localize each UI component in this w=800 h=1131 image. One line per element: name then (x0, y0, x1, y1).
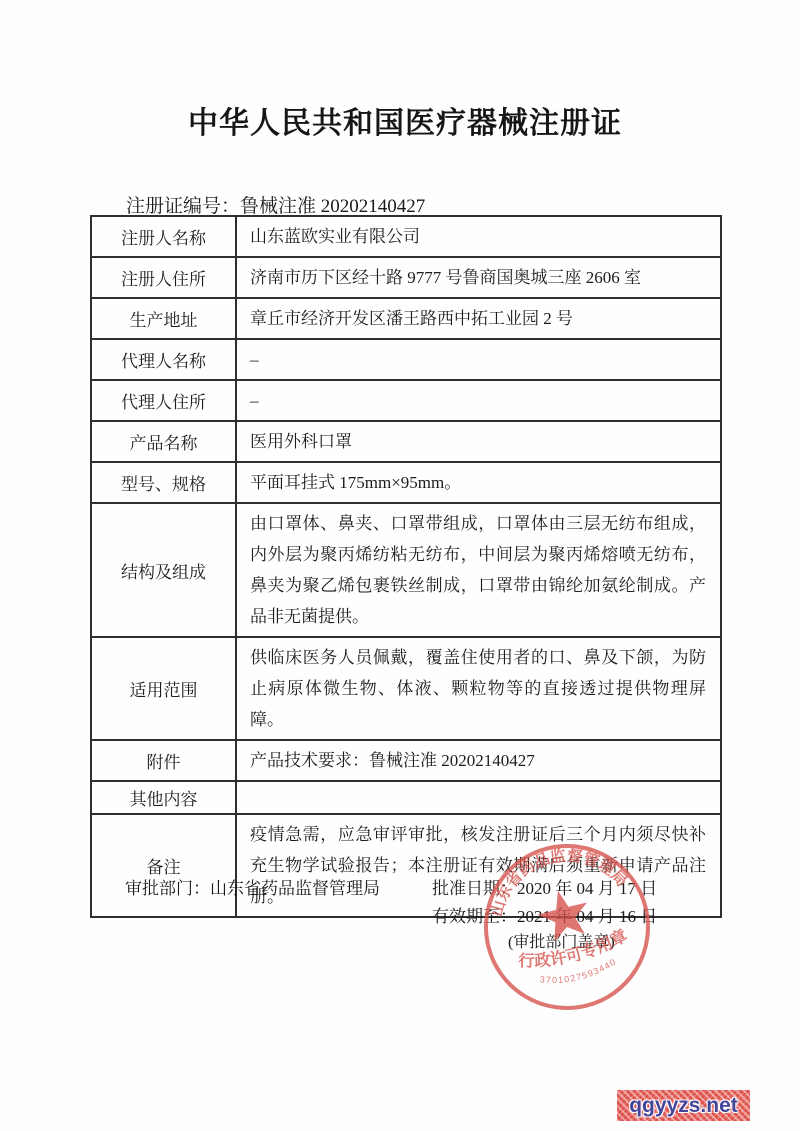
row-label: 代理人名称 (91, 339, 236, 380)
certificate-page: 中华人民共和国医疗器械注册证 注册证编号：鲁械注准 20202140427 注册… (0, 0, 800, 1131)
row-value: 济南市历下区经十路 9777 号鲁商国奥城三座 2606 室 (236, 257, 721, 298)
approval-date: 批准日期：2020 年 04 月 17 日 (432, 874, 657, 899)
row-value: – (236, 380, 721, 421)
row-label: 代理人住所 (91, 380, 236, 421)
cert-number-value: 鲁械注准 20202140427 (240, 196, 425, 217)
row-value (236, 781, 721, 814)
row-label: 注册人住所 (91, 257, 236, 298)
row-value: 章丘市经济开发区潘王路西中拓工业园 2 号 (236, 298, 721, 339)
row-value: 由口罩体、鼻夹、口罩带组成，口罩体由三层无纺布组成，内外层为聚丙烯纺粘无纺布，中… (236, 503, 721, 637)
valid-until-date: 有效期至：2021 年 04 月 16 日 (432, 902, 657, 927)
table-row: 其他内容 (91, 781, 721, 814)
seal-placement-note: (审批部门盖章) (508, 929, 615, 952)
row-value: 平面耳挂式 175mm×95mm。 (236, 462, 721, 503)
table-row: 附件 产品技术要求：鲁械注准 20202140427 (91, 740, 721, 781)
table-row: 结构及组成 由口罩体、鼻夹、口罩带组成，口罩体由三层无纺布组成，内外层为聚丙烯纺… (91, 503, 721, 637)
table-row: 型号、规格 平面耳挂式 175mm×95mm。 (91, 462, 721, 503)
row-value: 供临床医务人员佩戴，覆盖住使用者的口、鼻及下颌，为防止病原体微生物、体液、颗粒物… (236, 637, 721, 740)
row-label: 结构及组成 (91, 503, 236, 637)
cert-number-line: 注册证编号：鲁械注准 20202140427 (126, 191, 425, 218)
row-label: 生产地址 (91, 298, 236, 339)
row-label: 其他内容 (91, 781, 236, 814)
cert-number-label: 注册证编号： (126, 196, 240, 217)
watermark-badge: qgyyzs.net (617, 1090, 750, 1121)
table-row: 生产地址 章丘市经济开发区潘王路西中拓工业园 2 号 (91, 298, 721, 339)
row-label: 适用范围 (91, 637, 236, 740)
row-value: 医用外科口罩 (236, 421, 721, 462)
certificate-table: 注册人名称 山东蓝欧实业有限公司 注册人住所 济南市历下区经十路 9777 号鲁… (90, 215, 722, 918)
table-row: 注册人住所 济南市历下区经十路 9777 号鲁商国奥城三座 2606 室 (91, 257, 721, 298)
page-title: 中华人民共和国医疗器械注册证 (90, 98, 720, 142)
table-row: 注册人名称 山东蓝欧实业有限公司 (91, 216, 721, 257)
table-row: 代理人名称 – (91, 339, 721, 380)
row-label: 型号、规格 (91, 462, 236, 503)
watermark-text: qgyyzs.net (629, 1094, 738, 1118)
row-label: 备注 (91, 814, 236, 917)
table-row: 适用范围 供临床医务人员佩戴，覆盖住使用者的口、鼻及下颌，为防止病原体微生物、体… (91, 637, 721, 740)
svg-text:3701027593440: 3701027593440 (537, 955, 620, 991)
row-label: 附件 (91, 740, 236, 781)
row-label: 产品名称 (91, 421, 236, 462)
approval-department: 审批部门：山东省药品监督管理局 (125, 874, 380, 899)
table-row: 代理人住所 – (91, 380, 721, 421)
row-value: 产品技术要求：鲁械注准 20202140427 (236, 740, 721, 781)
row-label: 注册人名称 (91, 216, 236, 257)
row-value: – (236, 339, 721, 380)
row-value: 山东蓝欧实业有限公司 (236, 216, 721, 257)
seal-number: 3701027593440 (537, 955, 620, 991)
table-row: 产品名称 医用外科口罩 (91, 421, 721, 462)
